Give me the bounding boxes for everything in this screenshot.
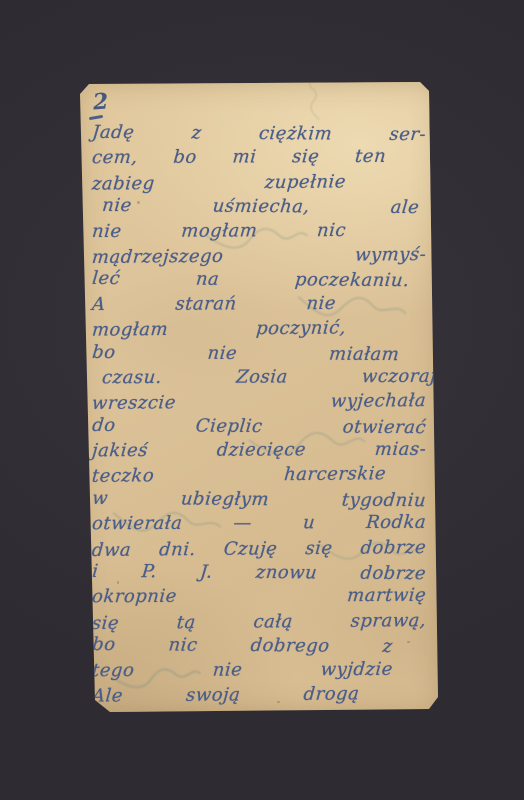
page-number: 2 (92, 88, 109, 115)
handwriting-line: mądrzejszego wymyś- (91, 244, 427, 271)
handwriting-line: wreszcie wyjechała (91, 390, 427, 417)
handwriting-line: mogłam poczynić, (91, 318, 347, 345)
handwriting-line: i P. J. znowu dobrze (91, 561, 427, 588)
handwriting-line: cem, bo mi się ten (91, 146, 387, 172)
handwriting-block: Jadę z ciężkim ser- cem, bo mi się ten z… (92, 123, 426, 708)
handwriting-line: dwa dni. Czuję się dobrze (91, 537, 427, 564)
handwriting-line: jakieś dziecięce mias- (91, 439, 427, 465)
handwriting-line: otwierała — u Rodka (91, 512, 427, 538)
handwriting-line: tego nie wyjdzie (91, 658, 394, 684)
handwriting-line: do Cieplic otwierać (91, 415, 427, 442)
handwriting-line: nie mogłam nic (91, 220, 347, 245)
handwriting-line: się tą całą sprawą, (91, 610, 427, 637)
handwriting-line: teczko harcerskie (91, 464, 387, 491)
handwriting-line: czasu. Zosia wczoraj (101, 366, 437, 392)
handwriting-line: zabieg zupełnie (91, 171, 347, 198)
page-number-underline (89, 115, 103, 120)
handwriting-line: leć na poczekaniu. (91, 268, 410, 295)
postcard-paper: 2 Jadę z ciężkim ser- (77, 81, 440, 713)
handwriting-line: Jadę z ciężkim ser- (91, 122, 427, 149)
handwriting-line: w ubiegłym tygodniu (91, 488, 427, 515)
handwriting-line: okropnie martwię (91, 585, 427, 611)
ink-bleed-mark (303, 74, 325, 122)
handwriting-line: bo nie miałam (91, 341, 400, 368)
handwriting-line: A starań nie (91, 293, 337, 318)
handwriting-line: bo nic dobrego z (91, 634, 394, 660)
photo-background: 2 Jadę z ciężkim ser- (0, 0, 524, 800)
handwriting-line: Ale swoją drogą (91, 683, 360, 710)
handwriting-line: nie uśmiecha, ale (101, 195, 420, 222)
